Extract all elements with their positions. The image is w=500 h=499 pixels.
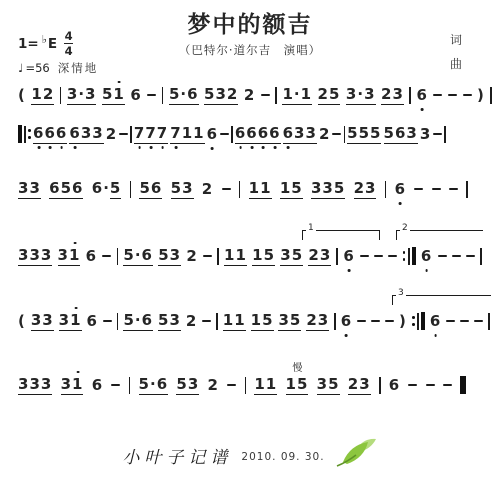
- duration-dash: [119, 133, 128, 135]
- octave-dot-below: [37, 146, 40, 149]
- note-digit: 7: [134, 124, 145, 142]
- note-group: 335: [311, 179, 345, 199]
- note-group: 6: [130, 86, 141, 104]
- duration-dash: [433, 133, 442, 135]
- composer-label: 曲: [450, 55, 462, 72]
- note-digit: 7: [157, 124, 168, 142]
- note-group: 2: [106, 125, 117, 143]
- note-group: 23: [348, 375, 371, 395]
- note-digit: 5: [123, 246, 134, 264]
- : [28, 129, 31, 132]
- barline: [480, 248, 482, 265]
- note-group: 35: [317, 375, 340, 395]
- note-group: 2: [186, 312, 197, 330]
- note-digit: 5: [61, 179, 72, 197]
- duration-dash: [371, 320, 380, 322]
- note-group: 633: [69, 124, 103, 144]
- note-group: 6: [421, 247, 432, 265]
- note-group: 3: [420, 125, 431, 143]
- note-digit: 6: [343, 247, 354, 265]
- note-group: 6: [417, 86, 428, 104]
- note-group: 333: [18, 246, 52, 266]
- duration-dash: [222, 188, 231, 190]
- note-digit: 6: [142, 246, 153, 264]
- barline: [117, 313, 119, 330]
- note-group: 15: [252, 246, 275, 266]
- note-group: 53: [176, 375, 199, 395]
- : [412, 247, 416, 265]
- note-digit: 1: [224, 246, 235, 264]
- octave-dot-below: [251, 146, 254, 149]
- final-barline: [460, 376, 466, 394]
- note-digit: 6: [395, 180, 406, 198]
- barline: [129, 377, 131, 394]
- note-digit: 3: [31, 311, 42, 329]
- note-digit: 7: [145, 124, 156, 142]
- barline: [409, 87, 411, 104]
- note-digit: 2: [308, 246, 319, 264]
- note-digit: 1: [252, 246, 263, 264]
- barline: [385, 181, 387, 198]
- key-signature: 1=♭E 4 4: [18, 30, 73, 57]
- barline: [344, 126, 346, 143]
- note-digit: 5: [123, 311, 134, 329]
- note-digit: 1: [193, 124, 204, 142]
- note-digit: ·: [180, 85, 187, 103]
- note-group: 2: [186, 247, 197, 265]
- duration-dash: [414, 188, 423, 190]
- barline: [488, 313, 490, 330]
- note-digit: 5: [334, 179, 345, 197]
- key-prefix: 1=: [18, 36, 39, 52]
- note-digit: 3: [359, 375, 370, 393]
- note-digit: ·: [78, 85, 85, 103]
- note-group: 5·6: [123, 246, 153, 266]
- note-group: 2: [244, 86, 255, 104]
- note-digit: 3: [18, 246, 29, 264]
- note-digit: 5: [329, 85, 340, 103]
- note-digit: 2: [244, 86, 255, 104]
- duration-dash: [433, 94, 442, 96]
- note-digit: 6: [258, 124, 269, 142]
- note-digit: 1: [69, 246, 80, 264]
- duration-dash: [452, 255, 461, 257]
- : [403, 251, 406, 254]
- note-group: 53: [158, 246, 181, 266]
- system-1: (123·35165·653221·1253·3236): [18, 82, 492, 108]
- barline: [379, 377, 381, 394]
- note-group: 5·6: [169, 85, 199, 105]
- note-digit: 1: [31, 85, 42, 103]
- note-digit: 6: [235, 124, 246, 142]
- note-group: 6: [395, 180, 406, 198]
- note-digit: 6: [417, 86, 428, 104]
- note-digit: 2: [306, 311, 317, 329]
- note-digit: 1: [234, 311, 245, 329]
- note-group: 6: [341, 312, 352, 330]
- note-digit: 3: [85, 85, 96, 103]
- transcription-date: 2010. 09. 30.: [241, 451, 324, 463]
- octave-dot-below: [150, 146, 153, 149]
- song-title: 梦中的额吉: [188, 6, 313, 39]
- note-group: 633: [283, 124, 317, 144]
- : [412, 323, 415, 326]
- note-digit: 3: [346, 85, 357, 103]
- duration-dash: [261, 94, 270, 96]
- note-digit: 3: [81, 124, 92, 142]
- note-group: 2: [319, 125, 330, 143]
- note-digit: 2: [208, 376, 219, 394]
- note-digit: 6: [430, 312, 441, 330]
- note-digit: 3: [280, 246, 291, 264]
- note-digit: 3: [188, 375, 199, 393]
- octave-dot-below: [161, 146, 164, 149]
- note-group: 35: [280, 246, 303, 266]
- note-digit: ): [477, 86, 485, 104]
- system-2: 66663327777116666663325555633: [18, 121, 446, 147]
- note-digit: 3: [67, 85, 78, 103]
- duration-dash: [202, 320, 211, 322]
- barline: [239, 181, 241, 198]
- note-group: 656: [49, 179, 83, 199]
- barline: [466, 181, 468, 198]
- volta-bracket-3: 3: [392, 295, 491, 305]
- : [28, 125, 31, 143]
- note-digit: (: [18, 86, 26, 104]
- note-group: 56: [139, 179, 162, 199]
- note-group: 25: [318, 85, 341, 105]
- note-group: 11: [224, 246, 247, 266]
- leaf-icon: [334, 435, 378, 469]
- note-digit: 1: [301, 85, 312, 103]
- note-digit: 1: [254, 375, 265, 393]
- volta-bracket-2: 2: [396, 230, 483, 240]
- note-digit: 5: [204, 85, 215, 103]
- : [24, 126, 26, 143]
- note-digit: 6: [269, 124, 280, 142]
- note-group: 23: [381, 85, 404, 105]
- octave-dot-below: [348, 269, 351, 272]
- note-digit: 2: [202, 180, 213, 198]
- note-digit: ): [399, 312, 407, 330]
- note-group: 12: [31, 85, 54, 105]
- key-tonic: E: [48, 36, 57, 52]
- note-digit: ·: [357, 85, 364, 103]
- note-digit: 2: [186, 247, 197, 265]
- duration-dash: [460, 320, 469, 322]
- note-digit: 6: [151, 179, 162, 197]
- note-digit: 6: [157, 375, 168, 393]
- note-digit: 3: [294, 124, 305, 142]
- barline: [490, 87, 492, 104]
- note-group: 6·5: [92, 179, 122, 199]
- octave-dot-below: [434, 334, 437, 337]
- note-group: 53: [158, 311, 181, 331]
- note-digit: 3: [29, 179, 40, 197]
- note-digit: 6: [87, 312, 98, 330]
- credits: 词 曲: [450, 31, 462, 72]
- note-group: 6666: [235, 124, 281, 144]
- octave-dot-above: [76, 371, 79, 374]
- octave-dot-above: [73, 242, 76, 245]
- note-digit: 3: [18, 179, 29, 197]
- system-4: 123333165·65321115352366: [18, 243, 482, 269]
- duration-dash: [147, 94, 156, 96]
- octave-dot-below: [287, 146, 290, 149]
- barline: [130, 126, 132, 143]
- note-group: 11: [254, 375, 277, 395]
- system-3: 336566·5565321115335236: [18, 176, 468, 202]
- duration-dash: [443, 384, 452, 386]
- note-digit: 6: [92, 179, 103, 197]
- barline: [275, 87, 277, 104]
- note-digit: 5: [384, 124, 395, 142]
- duration-dash: [360, 255, 369, 257]
- note-digit: 1: [249, 179, 260, 197]
- note-digit: 3: [420, 125, 431, 143]
- note-group: 31: [59, 311, 82, 331]
- note-group: 31: [58, 246, 81, 266]
- octave-dot-above: [74, 307, 77, 310]
- note-digit: ·: [135, 246, 142, 264]
- duration-dash: [227, 384, 236, 386]
- barline: [336, 248, 338, 265]
- duration-dash: [220, 133, 229, 135]
- duration-dash: [357, 320, 366, 322]
- barline: [217, 248, 219, 265]
- note-digit: 5: [139, 375, 150, 393]
- note-digit: 3: [18, 375, 29, 393]
- note-digit: 6: [187, 85, 198, 103]
- parenthesis: (: [18, 86, 26, 104]
- note-digit: 5: [359, 124, 370, 142]
- barline: [444, 126, 446, 143]
- duration-dash: [203, 255, 212, 257]
- note-digit: 7: [170, 124, 181, 142]
- duration-dash: [374, 255, 383, 257]
- note-digit: 3: [182, 179, 193, 197]
- note-digit: 1: [223, 311, 234, 329]
- note-digit: 3: [41, 246, 52, 264]
- note-digit: 1: [280, 179, 291, 197]
- volta-number: 2: [400, 224, 410, 233]
- note-digit: 3: [318, 311, 329, 329]
- note-group: 15: [251, 311, 274, 331]
- note-digit: 2: [319, 125, 330, 143]
- sheet-music-page: 梦中的额吉 （巴特尔·道尔吉 演唱） 1=♭E 4 4 ♩=56 深情地 词 曲…: [0, 0, 500, 499]
- note-group: 6: [430, 312, 441, 330]
- note-digit: 2: [381, 85, 392, 103]
- note-digit: 6: [44, 124, 55, 142]
- note-digit: 2: [227, 85, 238, 103]
- note-digit: 6: [49, 179, 60, 197]
- octave-dot-below: [74, 146, 77, 149]
- volta-number: 1: [306, 224, 316, 233]
- note-digit: 3: [311, 179, 322, 197]
- note-group: 5·6: [123, 311, 153, 331]
- note-digit: 2: [186, 312, 197, 330]
- lyricist-label: 词: [450, 31, 462, 48]
- : [417, 313, 419, 330]
- octave-dot-below: [262, 146, 265, 149]
- note-group: 711: [170, 124, 204, 144]
- duration-dash: [438, 255, 447, 257]
- note-digit: 3: [169, 311, 180, 329]
- note-group: 33: [18, 179, 41, 199]
- note-digit: 6: [421, 247, 432, 265]
- octave-dot-below: [421, 108, 424, 111]
- note-digit: ·: [150, 375, 157, 393]
- : [421, 312, 425, 330]
- note-group: 6: [92, 376, 103, 394]
- barline: [117, 248, 119, 265]
- note-digit: 3: [42, 311, 53, 329]
- note-digit: 5: [110, 179, 121, 199]
- note-digit: 1: [70, 311, 81, 329]
- duration-dash: [111, 384, 120, 386]
- duration-dash: [432, 188, 441, 190]
- note-digit: 3: [305, 124, 316, 142]
- octave-dot-below: [425, 269, 428, 272]
- octave-dot-below: [239, 146, 242, 149]
- note-group: 51: [102, 85, 125, 105]
- octave-dot-below: [211, 147, 214, 150]
- meter-top: 4: [65, 30, 73, 42]
- duration-dash: [449, 188, 458, 190]
- note-digit: 1: [72, 375, 83, 393]
- note-digit: 3: [58, 246, 69, 264]
- note-digit: 2: [354, 179, 365, 197]
- : [408, 248, 410, 265]
- note-group: 333: [18, 375, 52, 395]
- note-digit: 6: [92, 376, 103, 394]
- note-digit: 2: [106, 125, 117, 143]
- note-digit: 5: [171, 179, 182, 197]
- note-digit: 2: [43, 85, 54, 103]
- note-digit: 3: [317, 375, 328, 393]
- note-digit: 3: [92, 124, 103, 142]
- note-group: 23: [354, 179, 377, 199]
- note-digit: 5: [264, 246, 275, 264]
- note-digit: 3: [29, 246, 40, 264]
- note-digit: 3: [170, 246, 181, 264]
- note-group: 2: [202, 180, 213, 198]
- system-6: 3333165·65321115慢35236: [18, 372, 466, 398]
- note-digit: 3: [320, 246, 331, 264]
- note-group: 53: [171, 179, 194, 199]
- repeat-end-icon: [403, 247, 416, 265]
- barline: [231, 126, 233, 143]
- performer-subtitle: （巴特尔·道尔吉 演唱）: [179, 42, 321, 58]
- duration-dash: [463, 94, 472, 96]
- note-digit: 1: [251, 311, 262, 329]
- note-digit: 6: [341, 312, 352, 330]
- note-group: 23: [308, 246, 331, 266]
- note-group: 6: [389, 376, 400, 394]
- : [28, 136, 31, 139]
- quarter-note-icon: ♩: [18, 61, 23, 75]
- note-group: 23: [306, 311, 329, 331]
- time-signature: 4 4: [64, 30, 73, 57]
- note-digit: 3: [364, 85, 375, 103]
- note-digit: 5: [158, 311, 169, 329]
- : [403, 247, 406, 265]
- note-group: 563: [384, 124, 418, 144]
- note-digit: 5: [292, 246, 303, 264]
- note-digit: 3: [322, 179, 333, 197]
- barline: [162, 87, 164, 104]
- flat-icon: ♭: [42, 33, 47, 46]
- note-group: 777: [134, 124, 168, 144]
- note-digit: 6: [130, 86, 141, 104]
- note-group: 1·1: [282, 85, 312, 105]
- octave-dot-below: [345, 334, 348, 337]
- : [18, 125, 22, 143]
- octave-dot-below: [399, 202, 402, 205]
- note-digit: 1: [260, 179, 271, 197]
- duration-dash: [103, 320, 112, 322]
- meter-bottom: 4: [65, 45, 73, 57]
- : [403, 258, 406, 261]
- duration-dash: [446, 320, 455, 322]
- system-5: 3(333165·6532111535236)6: [18, 308, 490, 334]
- note-digit: 5: [158, 246, 169, 264]
- note-digit: 3: [365, 179, 376, 197]
- note-group: 6: [86, 247, 97, 265]
- barline: [130, 181, 132, 198]
- note-digit: 5: [290, 311, 301, 329]
- barline: [245, 377, 247, 394]
- note-digit: 3: [61, 375, 72, 393]
- note-digit: 2: [348, 375, 359, 393]
- volta-number: 3: [396, 289, 406, 298]
- note-digit: 6: [72, 179, 83, 197]
- duration-dash: [102, 255, 111, 257]
- barline: [334, 313, 336, 330]
- note-digit: ·: [294, 85, 301, 103]
- note-digit: 3: [278, 311, 289, 329]
- octave-dot-below: [175, 146, 178, 149]
- octave-dot-below: [273, 146, 276, 149]
- note-group: 6: [207, 125, 218, 143]
- note-group: 3·3: [346, 85, 376, 105]
- note-digit: 6: [69, 124, 80, 142]
- note-group: 11: [223, 311, 246, 331]
- transcriber-signature: 小叶子记谱: [122, 443, 232, 468]
- note-digit: ·: [103, 179, 110, 197]
- note-group: 555: [347, 124, 381, 144]
- parenthesis: ): [399, 312, 407, 330]
- note-digit: 6: [389, 376, 400, 394]
- volta-bracket-1: 1: [302, 230, 380, 240]
- note-group: 35: [278, 311, 301, 331]
- note-group: 15: [280, 179, 303, 199]
- note-digit: ·: [135, 311, 142, 329]
- note-digit: 6: [56, 124, 67, 142]
- duration-dash: [426, 384, 435, 386]
- note-digit: 6: [33, 124, 44, 142]
- barline: [60, 87, 62, 104]
- note-digit: 2: [318, 85, 329, 103]
- note-digit: 5: [347, 124, 358, 142]
- : [412, 312, 415, 330]
- barline: [216, 313, 218, 330]
- note-digit: 5: [291, 179, 302, 197]
- note-digit: 3: [215, 85, 226, 103]
- note-digit: 5: [139, 179, 150, 197]
- note-digit: 3: [392, 85, 403, 103]
- duration-dash: [388, 255, 397, 257]
